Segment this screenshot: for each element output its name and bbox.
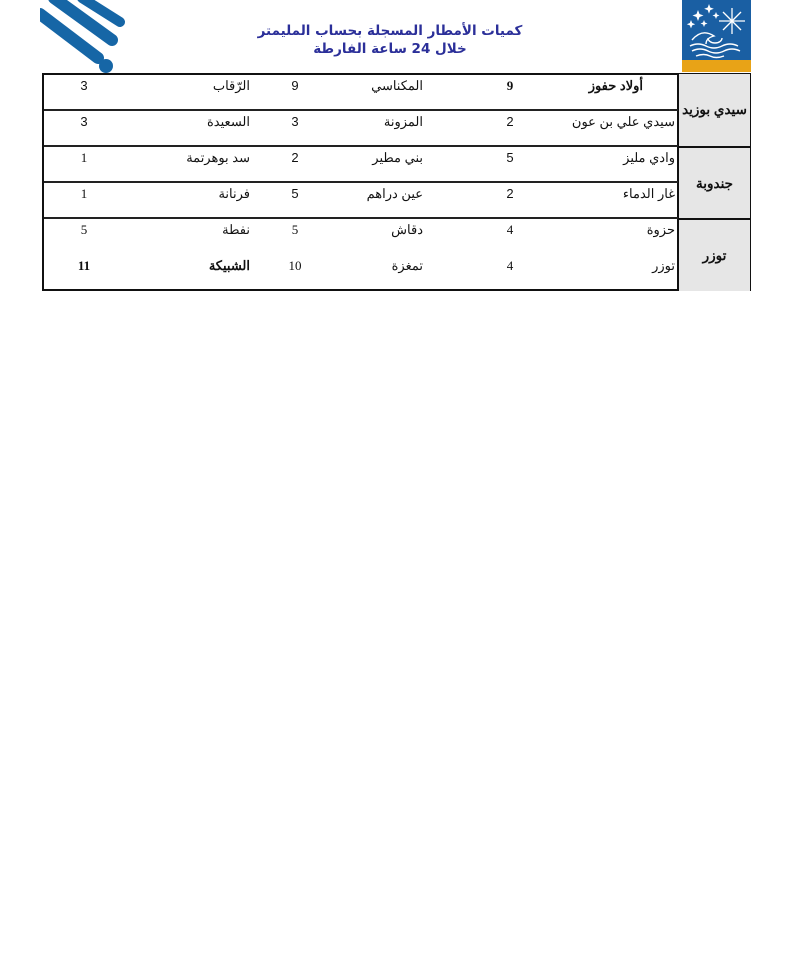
- region-tozeur: توزر: [677, 218, 750, 291]
- station-value: 1: [69, 149, 99, 167]
- station-name: حزوة: [505, 221, 675, 239]
- station-value: 4: [495, 221, 525, 239]
- title-line-2: خلال 24 ساعة الفارطة: [240, 40, 540, 58]
- station-name: الرّقاب: [130, 77, 250, 95]
- station-value: 5: [280, 221, 310, 239]
- station-value: 2: [495, 113, 525, 131]
- page-title: كميات الأمطار المسجلة بحساب المليمتر خلا…: [240, 22, 540, 58]
- station-value: 1: [69, 185, 99, 203]
- row-divider: [44, 181, 678, 183]
- region-jendouba: جندوبة: [677, 146, 750, 219]
- region-sidi-bouzid: سيدي بوزيد: [677, 74, 750, 146]
- station-value: 4: [495, 257, 525, 275]
- logo-caption-band: [682, 60, 751, 72]
- station-name: توزر: [505, 257, 675, 275]
- rainfall-table: سيدي بوزيد جندوبة توزر أولاد حفوز 9 المك…: [42, 73, 751, 291]
- row-divider: [44, 109, 678, 111]
- region-divider: [44, 145, 678, 147]
- title-line-1: كميات الأمطار المسجلة بحساب المليمتر: [240, 22, 540, 40]
- station-value: 9: [280, 77, 310, 95]
- station-name: سد بوهرتمة: [130, 149, 250, 167]
- station-value: 9: [495, 77, 525, 95]
- national-meteorology-institute-logo: [682, 0, 751, 72]
- station-name: سيدي علي بن عون: [505, 113, 675, 131]
- station-name: الشبيكة: [130, 257, 250, 275]
- station-value: 10: [280, 257, 310, 275]
- stripes-logo: [40, 0, 130, 75]
- station-value: 5: [495, 149, 525, 167]
- station-name: نفطة: [130, 221, 250, 239]
- station-name: السعيدة: [130, 113, 250, 131]
- station-value: 3: [69, 113, 99, 131]
- station-name: فرنانة: [130, 185, 250, 203]
- station-value: 5: [69, 221, 99, 239]
- station-name: غار الدماء: [505, 185, 675, 203]
- station-value: 5: [280, 185, 310, 203]
- station-name: وادي مليز: [505, 149, 675, 167]
- region-divider: [44, 217, 678, 219]
- station-value: 11: [69, 257, 99, 275]
- station-value: 3: [280, 113, 310, 131]
- station-value: 2: [495, 185, 525, 203]
- station-value: 2: [280, 149, 310, 167]
- station-value: 3: [69, 77, 99, 95]
